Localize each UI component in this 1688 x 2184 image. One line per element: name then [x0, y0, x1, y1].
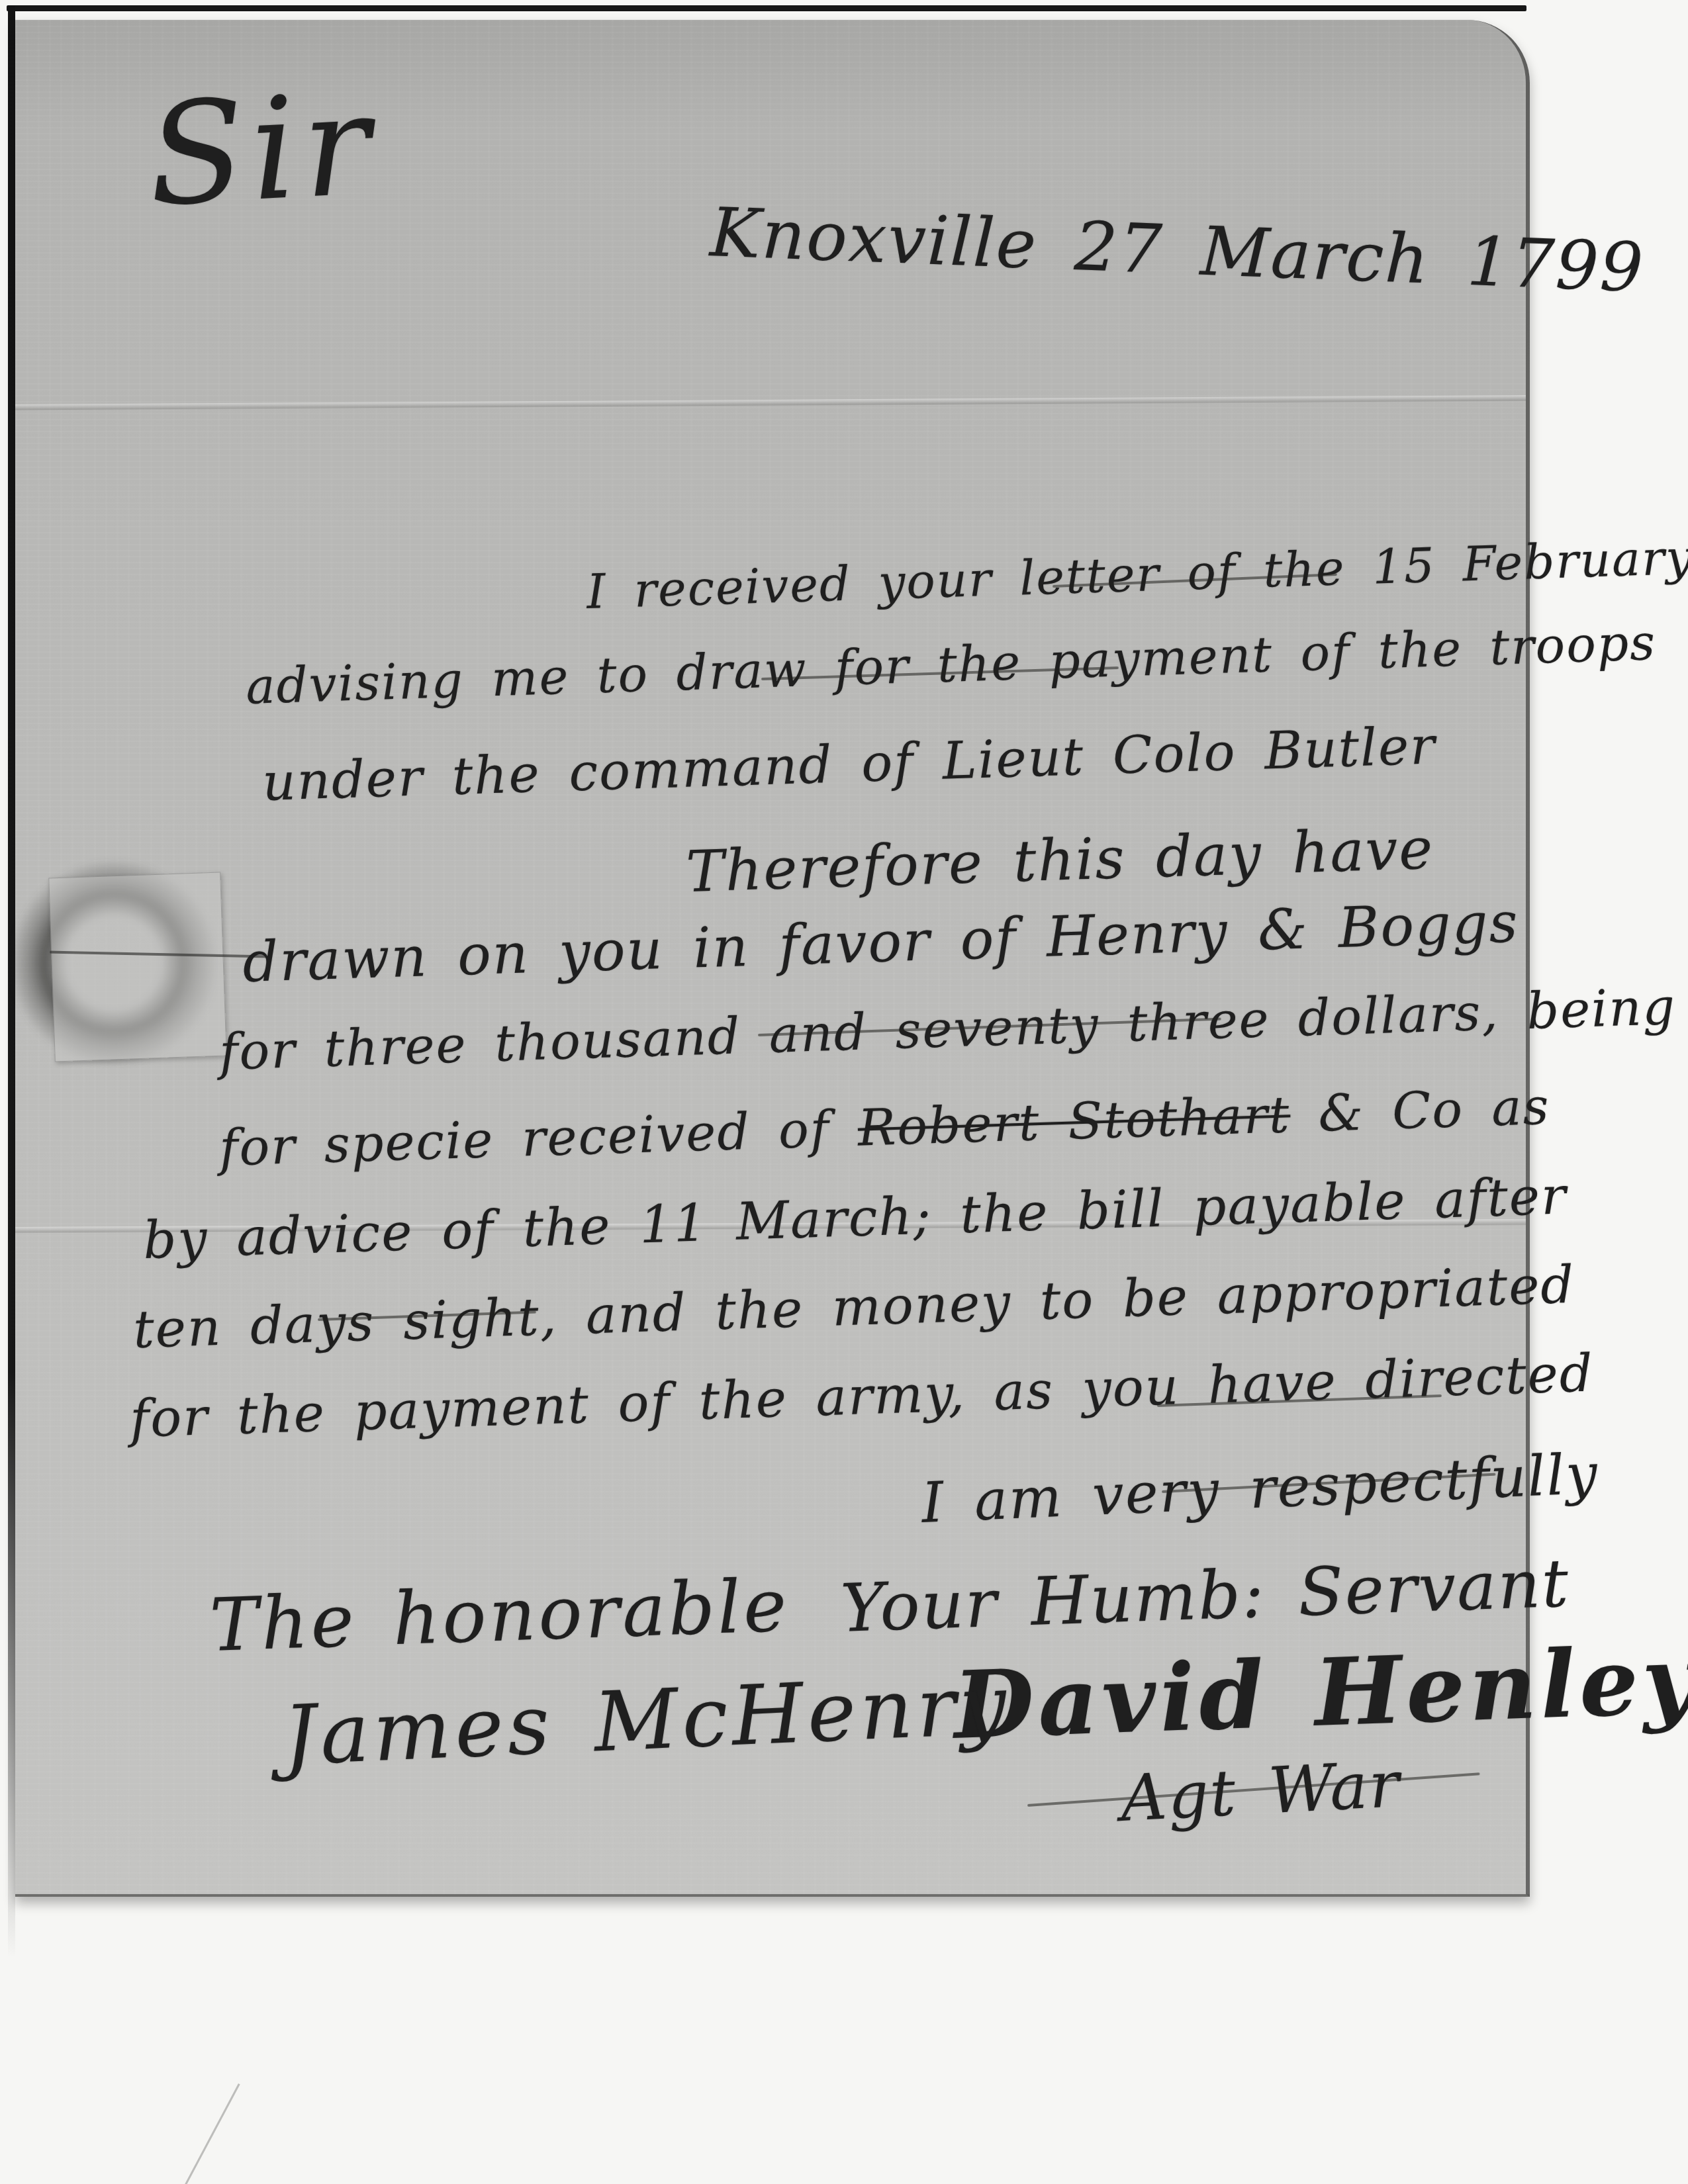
scanned-letter-page: Sir Knoxville 27 March 1799 I received y… [0, 0, 1688, 2184]
signer-title-text: Agt War [1119, 1747, 1403, 1836]
scan-top-edge [7, 5, 1526, 11]
seal-paper-patch [48, 872, 227, 1062]
specie-post-text: & Co as [1289, 1077, 1551, 1144]
salutation-text: Sir [144, 62, 381, 238]
bottom-scratch-mark [184, 2083, 240, 2184]
